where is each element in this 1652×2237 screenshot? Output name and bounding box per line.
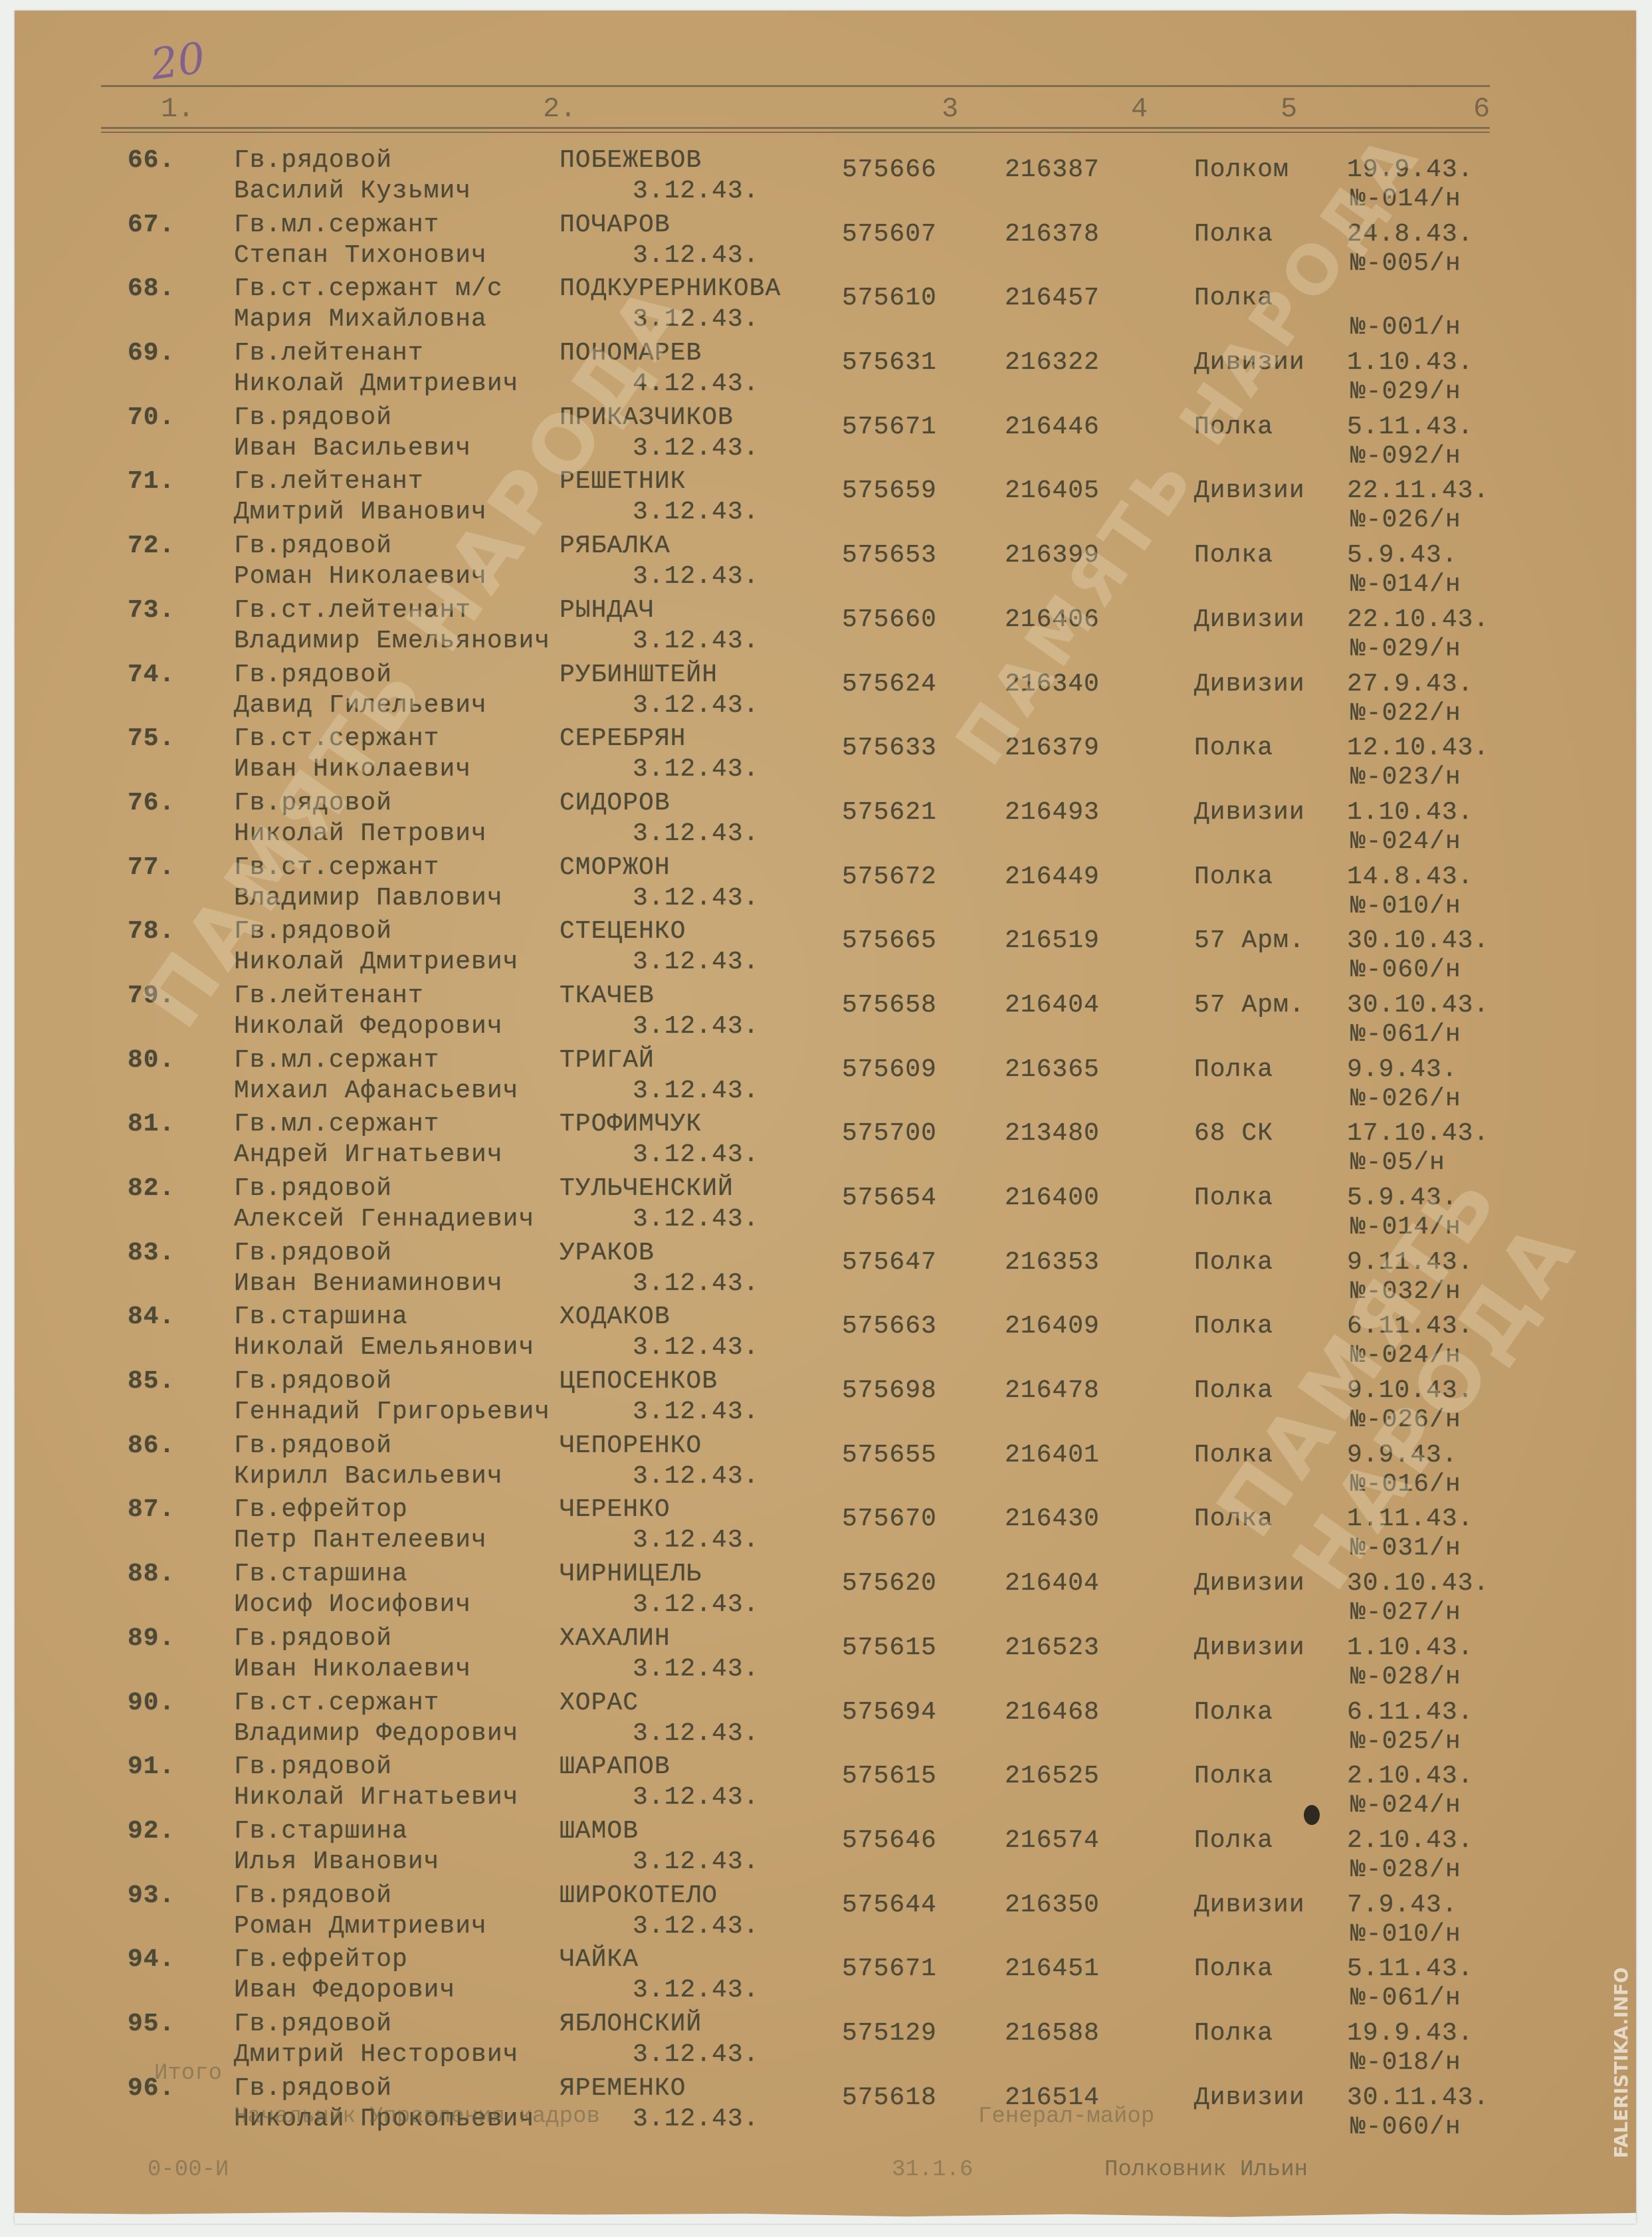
entry-rank: Гв.рядовой (234, 1881, 392, 1910)
entry-certificate-number: 216446 (1005, 413, 1100, 441)
entry-given-name: Степан Тихонович (234, 241, 487, 270)
entry-surname: СТЕЦЕНКО (560, 917, 686, 946)
entry-given-name: Илья Иванович (234, 1848, 439, 1876)
entry-surname: ТУЛЬЧЕНСКИЙ (560, 1174, 734, 1203)
entry-order-number: 575666 (842, 156, 937, 184)
entry-order-date: 1.10.43. (1347, 798, 1473, 827)
entry-order-number: 575647 (842, 1248, 937, 1277)
entry-issuing-authority: Дивизии (1194, 1634, 1305, 1662)
entry-number: 90. (128, 1689, 175, 1717)
entry-surname: СМОРЖОН (560, 853, 671, 882)
entry-issuing-authority: 57 Арм. (1194, 991, 1305, 1019)
entry-surname: РУБИНШТЕЙН (560, 661, 718, 689)
entry-number: 68. (128, 274, 175, 303)
entry-rank: Гв.рядовой (234, 403, 392, 432)
footer-total: Итого (154, 2061, 222, 2086)
entry-given-name: Роман Дмитриевич (234, 1912, 487, 1941)
entry-date: 3.12.43. (633, 1269, 759, 1298)
header-rule-top (101, 85, 1490, 87)
entry-order-number: 575129 (842, 2019, 937, 2048)
entry-order-number: 575700 (842, 1119, 937, 1148)
entry-date: 3.12.43. (633, 177, 759, 205)
entry-surname: РЫНДАЧ (560, 596, 655, 625)
entry-order-date: 12.10.43. (1347, 734, 1489, 762)
entry-given-name: Дмитрий Иванович (234, 498, 487, 526)
entry-given-name: Мария Михайловна (234, 305, 487, 334)
entry-certificate-number: 216574 (1005, 1826, 1100, 1855)
entry-issuing-authority: Полка (1194, 1055, 1273, 1084)
entry-order-number: 575631 (842, 348, 937, 377)
entry-given-name: Иван Вениаминович (234, 1269, 503, 1298)
entry-order-date: 14.8.43. (1347, 863, 1473, 891)
entry-surname: ХАХАЛИН (560, 1624, 671, 1653)
entry-certificate-number: 216404 (1005, 991, 1100, 1019)
entry-number: 77. (128, 853, 175, 882)
entry-order-date: 22.10.43. (1347, 605, 1489, 634)
entry-certificate-number: 216387 (1005, 156, 1100, 184)
entry-certificate-number: 216468 (1005, 1698, 1100, 1727)
entry-surname: РЯБАЛКА (560, 532, 671, 560)
entry-order-number: 575610 (842, 284, 937, 312)
entry-rank: Гв.ефрейтор (234, 1945, 408, 1974)
entry-number: 83. (128, 1239, 175, 1267)
column-header-3: 3 (942, 93, 958, 125)
column-header-1: 1. (161, 93, 194, 125)
entry-certificate-number: 216365 (1005, 1055, 1100, 1084)
entry-order-date: 22.11.43. (1347, 477, 1489, 505)
entry-date: 3.12.43. (633, 1140, 759, 1169)
entry-number: 91. (128, 1753, 175, 1781)
document-page: 20 1. 2. 3 4 5 6 66.Гв.рядовойПОБЕЖЕВОВВ… (15, 11, 1636, 2224)
entry-number: 88. (128, 1560, 175, 1588)
list-item: 68.Гв.ст.сержант м/сПОДКУРЕРНИКОВАМария … (15, 272, 1636, 336)
column-header-5: 5 (1281, 93, 1297, 125)
entry-date: 3.12.43. (633, 1912, 759, 1941)
list-item: 90.Гв.ст.сержантХОРАСВладимир Федорович3… (15, 1686, 1636, 1751)
entry-surname: ТРОФИМЧУК (560, 1110, 702, 1138)
entry-order-number: 575670 (842, 1505, 937, 1533)
entry-number: 72. (128, 532, 175, 560)
entry-order-number: 575655 (842, 1441, 937, 1469)
list-item: 95.Гв.рядовойЯБЛОНСКИЙДмитрий Несторович… (15, 2007, 1636, 2072)
entry-surname: ТКАЧЕВ (560, 982, 655, 1010)
ink-blot (1304, 1805, 1320, 1825)
list-item: 72.Гв.рядовойРЯБАЛКАРоман Николаевич3.12… (15, 529, 1636, 593)
entry-issuing-authority: Полка (1194, 1376, 1273, 1405)
entry-order-number: 575644 (842, 1891, 937, 1919)
footer-signatory-title: Начальник Управления кадров (234, 2104, 600, 2129)
archive-stamp: 20 (148, 34, 208, 90)
entry-given-name: Николай Игнатьевич (234, 1783, 518, 1812)
entry-number: 74. (128, 661, 175, 689)
entry-order-number: 575620 (842, 1569, 937, 1598)
entry-number: 69. (128, 339, 175, 368)
entry-order-date: 30.10.43. (1347, 926, 1489, 955)
entry-rank: Гв.рядовой (234, 1432, 392, 1460)
entry-surname: ПОБЕЖЕВОВ (560, 146, 702, 175)
entry-issuing-authority: Полка (1194, 2019, 1273, 2048)
entry-rank: Гв.рядовой (234, 146, 392, 175)
entry-order-number: 575660 (842, 605, 937, 634)
entry-number: 66. (128, 146, 175, 175)
entry-order-number: 575621 (842, 798, 937, 827)
list-item: 79.Гв.лейтенантТКАЧЕВНиколай Федорович3.… (15, 979, 1636, 1043)
entry-order-number: 575671 (842, 1955, 937, 1983)
list-item: 80.Гв.мл.сержантТРИГАЙМихаил Афанасьевич… (15, 1043, 1636, 1108)
entry-order-number: 575615 (842, 1762, 937, 1790)
entry-number: 92. (128, 1817, 175, 1846)
entry-date: 3.12.43. (633, 1012, 759, 1041)
entry-given-name: Николай Дмитриевич (234, 948, 518, 976)
entry-order-date: 6.11.43. (1347, 1698, 1473, 1727)
entry-order-date: 27.9.43. (1347, 670, 1473, 698)
entry-rank: Гв.рядовой (234, 2010, 392, 2038)
entry-certificate-number: 216350 (1005, 1891, 1100, 1919)
entry-order-number: 575633 (842, 734, 937, 762)
entry-surname: УРАКОВ (560, 1239, 655, 1267)
entry-number: 85. (128, 1367, 175, 1396)
entry-surname: ЧАЙКА (560, 1945, 639, 1974)
entry-order-date: 9.9.43. (1347, 1055, 1458, 1084)
entry-date: 3.12.43. (633, 691, 759, 720)
list-item: 71.Гв.лейтенантРЕШЕТНИКДмитрий Иванович3… (15, 465, 1636, 529)
entry-issuing-authority: Полка (1194, 863, 1273, 891)
entry-issuing-authority: Дивизии (1194, 2083, 1305, 2112)
entry-given-name: Иван Васильевич (234, 434, 471, 463)
entry-issuing-authority: Дивизии (1194, 605, 1305, 634)
entry-date: 3.12.43. (633, 1398, 759, 1426)
entry-date: 3.12.43. (633, 1719, 759, 1748)
source-watermark: FALERISTIKA.INFO (1610, 1967, 1632, 2159)
entry-surname: ШАРАПОВ (560, 1753, 671, 1781)
entry-rank: Гв.старшина (234, 1560, 408, 1588)
entry-certificate-number: 216457 (1005, 284, 1100, 312)
entry-rank: Гв.мл.сержант (234, 211, 439, 239)
entry-number: 73. (128, 596, 175, 625)
entry-given-name: Геннадий Григорьевич (234, 1398, 550, 1426)
entry-rank: Гв.рядовой (234, 1367, 392, 1396)
entry-order-date: 19.9.43. (1347, 2019, 1473, 2048)
entry-rank: Гв.рядовой (234, 1753, 392, 1781)
entry-date: 3.12.43. (633, 434, 759, 463)
entry-date: 3.12.43. (633, 2105, 759, 2133)
entry-order-number: 575659 (842, 477, 937, 505)
entry-certificate-number: 216523 (1005, 1634, 1100, 1662)
entry-certificate-number: 213480 (1005, 1119, 1100, 1148)
list-item: 93.Гв.рядовойШИРОКОТЕЛОРоман Дмитриевич3… (15, 1879, 1636, 1943)
entry-surname: ЧЕРЕНКО (560, 1495, 671, 1524)
entry-certificate-number: 216525 (1005, 1762, 1100, 1790)
list-item: 91.Гв.рядовойШАРАПОВНиколай Игнатьевич3.… (15, 1750, 1636, 1814)
entry-certificate-number: 216401 (1005, 1441, 1100, 1469)
entry-order-date: 1.10.43. (1347, 1634, 1473, 1662)
entry-issuing-authority: Полка (1194, 1184, 1273, 1212)
entry-given-name: Иван Николаевич (234, 1655, 471, 1683)
entry-order-date: 7.9.43. (1347, 1891, 1458, 1919)
entry-date: 3.12.43. (633, 884, 759, 912)
entry-given-name: Дмитрий Несторович (234, 2040, 518, 2069)
entry-date: 3.12.43. (633, 1783, 759, 1812)
entry-order-number: 575615 (842, 1634, 937, 1662)
entry-certificate-number: 216409 (1005, 1312, 1100, 1340)
entry-certificate-number: 216519 (1005, 926, 1100, 955)
entry-issuing-authority: Полка (1194, 1248, 1273, 1277)
entry-certificate-number: 216430 (1005, 1505, 1100, 1533)
entry-order-date: 5.9.43. (1347, 541, 1458, 570)
entry-rank: Гв.ст.сержант м/с (234, 274, 503, 303)
entry-issuing-authority: 68 СК (1194, 1119, 1273, 1148)
list-item: 94.Гв.ефрейторЧАЙКАИван Федорович3.12.43… (15, 1943, 1636, 2007)
entry-date: 3.12.43. (633, 562, 759, 591)
entry-issuing-authority: Полка (1194, 1762, 1273, 1790)
entry-date: 3.12.43. (633, 1848, 759, 1876)
entry-number: 87. (128, 1495, 175, 1524)
entry-date: 3.12.43. (633, 1590, 759, 1619)
footer-signature: Полковник Ильин (1104, 2157, 1308, 2183)
entry-given-name: Николай Емельянович (234, 1333, 534, 1362)
entry-certificate-number: 216378 (1005, 220, 1100, 249)
entry-given-name: Николай Федорович (234, 1012, 503, 1041)
entry-number: 71. (128, 467, 175, 496)
entry-date: 3.12.43. (633, 1462, 759, 1491)
list-item: 88.Гв.старшинаЧИРНИЦЕЛЬИосиф Иосифович3.… (15, 1557, 1636, 1622)
list-item: 70.Гв.рядовойПРИКАЗЧИКОВИван Васильевич3… (15, 401, 1636, 465)
entry-issuing-authority: Дивизии (1194, 1891, 1305, 1919)
entry-number: 94. (128, 1945, 175, 1974)
entry-surname: ШИРОКОТЕЛО (560, 1881, 718, 1910)
entry-surname: ЯРЕМЕНКО (560, 2074, 686, 2103)
entry-date: 3.12.43. (633, 2040, 759, 2069)
entry-number: 81. (128, 1110, 175, 1138)
entry-issuing-authority: Полка (1194, 734, 1273, 762)
award-list: 66.Гв.рядовойПОБЕЖЕВОВВасилий Кузьмич3.1… (15, 144, 1636, 2135)
entry-date: 3.12.43. (633, 1526, 759, 1554)
entry-number: 95. (128, 2010, 175, 2038)
column-header-2: 2. (543, 93, 576, 125)
entry-order-date: 5.11.43. (1347, 413, 1473, 441)
header-rule-bottom (101, 127, 1490, 129)
entry-number: 70. (128, 403, 175, 432)
entry-certificate-number: 216353 (1005, 1248, 1100, 1277)
entry-rank: Гв.старшина (234, 1303, 408, 1331)
entry-number: 82. (128, 1174, 175, 1203)
entry-issuing-authority: Полка (1194, 220, 1273, 249)
entry-certificate-number: 216478 (1005, 1376, 1100, 1405)
entry-rank: Гв.рядовой (234, 532, 392, 560)
list-item: 73.Гв.ст.лейтенантРЫНДАЧВладимир Емельян… (15, 593, 1636, 658)
entry-given-name: Кирилл Васильевич (234, 1462, 503, 1491)
entry-rank: Гв.рядовой (234, 1624, 392, 1653)
entry-surname: ХОРАС (560, 1689, 639, 1717)
entry-order-number: 575671 (842, 413, 937, 441)
entry-date: 3.12.43. (633, 1333, 759, 1362)
entry-rank: Гв.лейтенант (234, 467, 424, 496)
entry-order-number: 575665 (842, 926, 937, 955)
entry-date: 3.12.43. (633, 498, 759, 526)
entry-rank: Гв.рядовой (234, 1174, 392, 1203)
entry-issuing-authority: Дивизии (1194, 670, 1305, 698)
entry-date: 3.12.43. (633, 1976, 759, 2004)
entry-certificate-number: 216322 (1005, 348, 1100, 377)
entry-certificate-number: 216493 (1005, 798, 1100, 827)
entry-certificate-number: 216588 (1005, 2019, 1100, 2048)
entry-rank: Гв.рядовой (234, 1239, 392, 1267)
entry-order-number: 575658 (842, 991, 937, 1019)
entry-rank: Гв.старшина (234, 1817, 408, 1846)
entry-issuing-authority: Полка (1194, 1955, 1273, 1983)
entry-certificate-number: 216451 (1005, 1955, 1100, 1983)
entry-issuing-authority: Дивизии (1194, 1569, 1305, 1598)
entry-date: 3.12.43. (633, 1077, 759, 1105)
column-header-4: 4 (1131, 93, 1148, 125)
entry-surname: ШАМОВ (560, 1817, 639, 1846)
entry-order-number: 575663 (842, 1312, 937, 1340)
entry-rank: Гв.рядовой (234, 2074, 392, 2103)
entry-rank: Гв.лейтенант (234, 982, 424, 1010)
entry-date: 3.12.43. (633, 1655, 759, 1683)
entry-number: 75. (128, 724, 175, 753)
entry-given-name: Андрей Игнатьевич (234, 1140, 503, 1169)
entry-issuing-authority: Полком (1194, 156, 1289, 184)
entry-certificate-number: 216400 (1005, 1184, 1100, 1212)
entry-surname: ЧЕПОРЕНКО (560, 1432, 702, 1460)
list-item: 75.Гв.ст.сержантСЕРЕБРЯНИван Николаевич3… (15, 722, 1636, 786)
entry-given-name: Николай Дмитриевич (234, 370, 518, 398)
entry-rank: Гв.ст.сержант (234, 1689, 439, 1717)
entry-issuing-authority: Дивизии (1194, 798, 1305, 827)
entry-order-number: 575654 (842, 1184, 937, 1212)
entry-order-number: 575624 (842, 670, 937, 698)
list-item: 69.Гв.лейтенантПОНОМАРЕВНиколай Дмитриев… (15, 336, 1636, 401)
entry-date: 3.12.43. (633, 241, 759, 270)
entry-order-number: 575607 (842, 220, 937, 249)
entry-given-name: Василий Кузьмич (234, 177, 471, 205)
entry-date: 3.12.43. (633, 819, 759, 848)
entry-certificate-number: 216405 (1005, 477, 1100, 505)
entry-number: 80. (128, 1046, 175, 1075)
footer-ref-code: 0-00-И (148, 2157, 229, 2183)
entry-certificate-number: 216404 (1005, 1569, 1100, 1598)
entry-order-date: 30.11.43. (1347, 2083, 1489, 2112)
entry-issuing-authority: Полка (1194, 1826, 1273, 1855)
entry-surname: СЕРЕБРЯН (560, 724, 686, 753)
torn-edge (15, 2200, 1636, 2224)
entry-surname: ТРИГАЙ (560, 1046, 655, 1075)
entry-rank: Гв.ефрейтор (234, 1495, 408, 1524)
footer-ref-date: 31.1.6 (892, 2157, 973, 2183)
entry-order-number: 575609 (842, 1055, 937, 1084)
entry-surname: ХОДАКОВ (560, 1303, 671, 1331)
entry-order-date: 1.10.43. (1347, 348, 1473, 377)
entry-order-number: 575698 (842, 1376, 937, 1405)
entry-rank: Гв.лейтенант (234, 339, 424, 368)
entry-date: 3.12.43. (633, 948, 759, 976)
entry-number: 84. (128, 1303, 175, 1331)
entry-order-ref: №-060/н (1350, 2113, 1461, 2141)
entry-number: 76. (128, 789, 175, 817)
entry-given-name: Владимир Федорович (234, 1719, 518, 1748)
entry-order-date: 2.10.43. (1347, 1826, 1473, 1855)
entry-date: 3.12.43. (633, 1205, 759, 1233)
entry-number: 86. (128, 1432, 175, 1460)
entry-surname: ЯБЛОНСКИЙ (560, 2010, 702, 2038)
entry-rank: Гв.мл.сержант (234, 1110, 439, 1138)
entry-date: 3.12.43. (633, 627, 759, 655)
entry-issuing-authority: Полка (1194, 541, 1273, 570)
entry-order-number: 575653 (842, 541, 937, 570)
entry-given-name: Михаил Афанасьевич (234, 1077, 518, 1105)
entry-given-name: Петр Пантелеевич (234, 1526, 487, 1554)
entry-order-date: 5.11.43. (1347, 1955, 1473, 1983)
list-item: 81.Гв.мл.сержантТРОФИМЧУКАндрей Игнатьев… (15, 1107, 1636, 1172)
entry-order-number: 575618 (842, 2083, 937, 2112)
header-rule-bottom-double (101, 132, 1490, 133)
entry-certificate-number: 216449 (1005, 863, 1100, 891)
entry-number: 67. (128, 211, 175, 239)
entry-date: 3.12.43. (633, 755, 759, 784)
entry-issuing-authority: Полка (1194, 1312, 1273, 1340)
entry-given-name: Алексей Геннадиевич (234, 1205, 534, 1233)
entry-order-number: 575646 (842, 1826, 937, 1855)
list-item: 74.Гв.рядовойРУБИНШТЕЙНДавид Гилельевич3… (15, 658, 1636, 722)
entry-number: 89. (128, 1624, 175, 1653)
entry-order-date: 30.10.43. (1347, 991, 1489, 1019)
entry-surname: СИДОРОВ (560, 789, 671, 817)
entry-number: 93. (128, 1881, 175, 1910)
entry-order-number: 575694 (842, 1698, 937, 1727)
entry-issuing-authority: 57 Арм. (1194, 926, 1305, 955)
entry-issuing-authority: Полка (1194, 1698, 1273, 1727)
entry-order-number: 575672 (842, 863, 937, 891)
entry-surname: ЧИРНИЦЕЛЬ (560, 1560, 702, 1588)
column-header-6: 6 (1473, 93, 1490, 125)
entry-given-name: Иосиф Иосифович (234, 1590, 471, 1619)
entry-rank: Гв.мл.сержант (234, 1046, 439, 1075)
entry-surname: ЦЕПОСЕНКОВ (560, 1367, 718, 1396)
entry-surname: ПОЧАРОВ (560, 211, 671, 239)
list-item: 89.Гв.рядовойХАХАЛИНИван Николаевич3.12.… (15, 1622, 1636, 1686)
entry-given-name: Иван Федорович (234, 1976, 455, 2004)
footer-signatory-rank: Генерал-майор (978, 2104, 1154, 2129)
list-item: 92.Гв.старшинаШАМОВИлья Иванович3.12.43.… (15, 1814, 1636, 1879)
entry-order-date: 2.10.43. (1347, 1762, 1473, 1790)
